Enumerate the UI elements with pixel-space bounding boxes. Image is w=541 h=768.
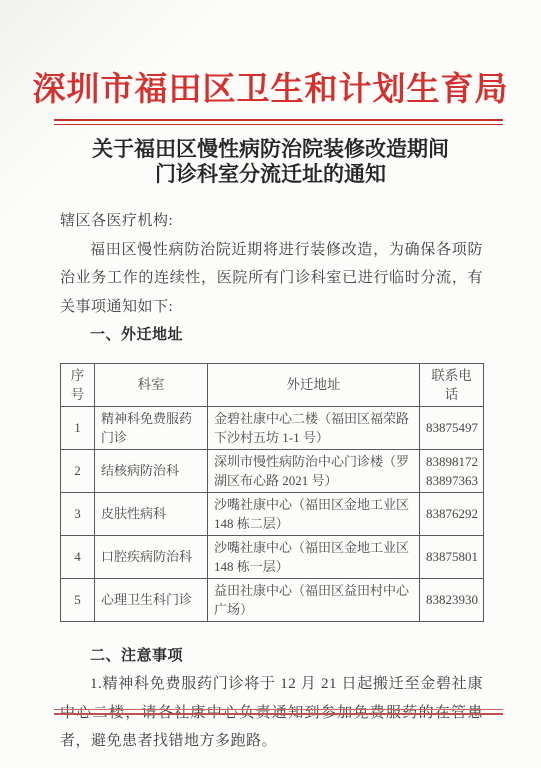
address-cell: 沙嘴社康中心（福田区金地工业区 148 栋一层）	[208, 535, 420, 578]
letterhead-agency-name: 深圳市福田区卫生和计划生育局	[0, 0, 541, 112]
phone-number: 83897363	[426, 471, 477, 490]
phone-cell: 83875801	[420, 535, 484, 578]
dept-cell: 皮肤性病科	[95, 492, 208, 535]
table-row: 3 皮肤性病科 沙嘴社康中心（福田区金地工业区 148 栋二层） 8387629…	[61, 492, 484, 535]
document-title: 关于福田区慢性病防治院装修改造期间 门诊科室分流迁址的通知	[0, 137, 541, 187]
col-header-address: 外迁地址	[208, 363, 420, 406]
row-no: 2	[61, 449, 95, 492]
dept-cell: 心理卫生科门诊	[95, 578, 208, 621]
address-cell: 金碧社康中心二楼（福田区福荣路下沙村五坊 1-1 号）	[208, 406, 420, 449]
dept-cell: 精神科免费服药门诊	[95, 406, 208, 449]
relocation-table: 序号 科室 外迁地址 联系电话 1 精神科免费服药门诊 金碧社康中心二楼（福田区…	[60, 363, 484, 622]
row-no: 3	[61, 492, 95, 535]
phone-number: 83823930	[426, 590, 477, 609]
document-body: 辖区各医疗机构: 福田区慢性病防治院近期将进行装修改造，为确保各项防治业务工作的…	[60, 207, 483, 756]
table-row: 5 心理卫生科门诊 益田社康中心（福田区益田村中心广场） 83823930	[61, 578, 484, 621]
document-page: 深圳市福田区卫生和计划生育局 关于福田区慢性病防治院装修改造期间 门诊科室分流迁…	[0, 0, 541, 768]
phone-cell: 83876292	[420, 492, 484, 535]
address-cell: 沙嘴社康中心（福田区金地工业区 148 栋二层）	[208, 492, 420, 535]
phone-number: 83875801	[426, 547, 477, 566]
phone-cell: 83898172 83897363	[420, 449, 484, 492]
phone-cell: 83823930	[420, 578, 484, 621]
row-no: 1	[61, 406, 95, 449]
row-no: 4	[61, 535, 95, 578]
col-header-phone: 联系电话	[420, 363, 484, 406]
col-header-no: 序号	[61, 363, 95, 406]
phone-number: 83876292	[426, 504, 477, 523]
section-1-heading: 一、外迁地址	[60, 321, 483, 350]
dept-cell: 结核病防治科	[95, 449, 208, 492]
table-row: 4 口腔疾病防治科 沙嘴社康中心（福田区金地工业区 148 栋一层） 83875…	[61, 535, 484, 578]
intro-paragraph: 福田区慢性病防治院近期将进行装修改造，为确保各项防治业务工作的连续性，医院所有门…	[60, 236, 483, 322]
document-title-line2: 门诊科室分流迁址的通知	[0, 162, 541, 187]
salutation: 辖区各医疗机构:	[60, 207, 483, 236]
table-row: 2 结核病防治科 深圳市慢性病防治中心门诊楼（罗湖区布心路 2021 号） 83…	[61, 449, 484, 492]
col-header-dept: 科室	[95, 363, 208, 406]
address-cell: 益田社康中心（福田区益田村中心广场）	[208, 578, 420, 621]
footer-rule	[54, 709, 503, 715]
table-header-row: 序号 科室 外迁地址 联系电话	[61, 363, 484, 406]
row-no: 5	[61, 578, 95, 621]
phone-cell: 83875497	[420, 406, 484, 449]
phone-number: 83898172	[426, 452, 477, 471]
document-title-line1: 关于福田区慢性病防治院装修改造期间	[0, 137, 541, 162]
table-row: 1 精神科免费服药门诊 金碧社康中心二楼（福田区福荣路下沙村五坊 1-1 号） …	[61, 406, 484, 449]
section-2-heading: 二、注意事项	[60, 642, 483, 671]
dept-cell: 口腔疾病防治科	[95, 535, 208, 578]
letterhead-rule	[54, 119, 503, 125]
phone-number: 83875497	[426, 418, 477, 437]
address-cell: 深圳市慢性病防治中心门诊楼（罗湖区布心路 2021 号）	[208, 449, 420, 492]
